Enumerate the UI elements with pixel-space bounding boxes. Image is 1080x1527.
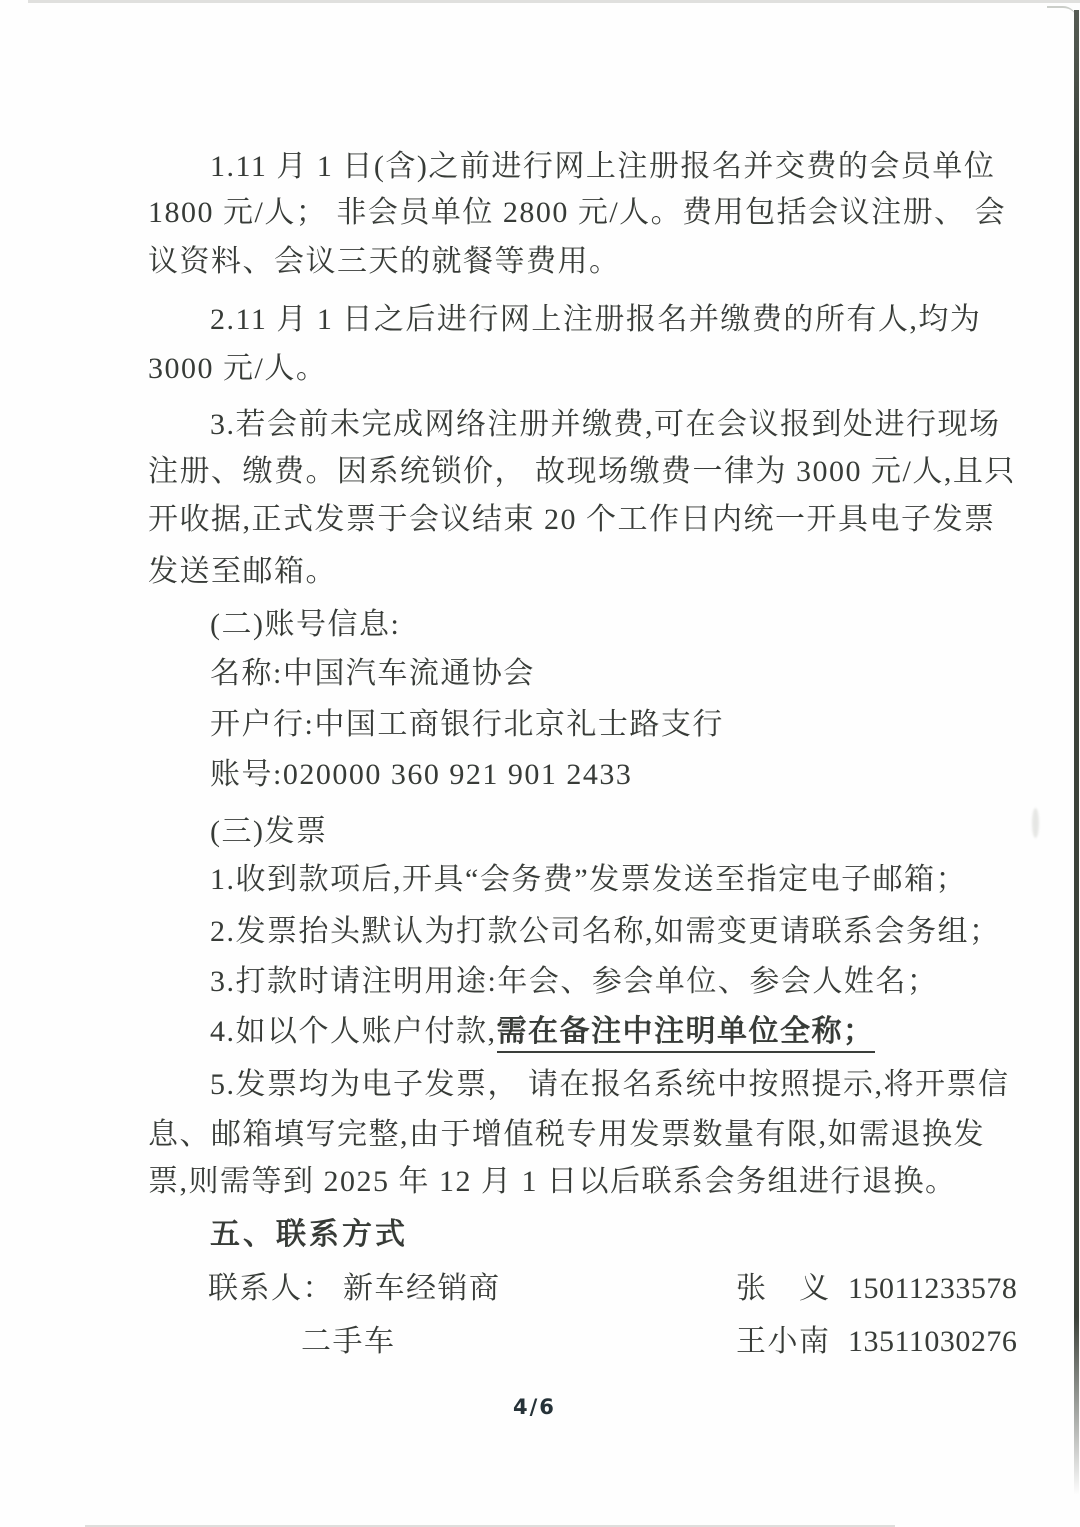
fee-item3-line3: 开收据,正式发票于会议结束 20 个工作日内统一开具电子发票 xyxy=(148,503,996,537)
invoice-item4: 4.如以个人账户付款,需在备注中注明单位全称； xyxy=(210,1015,875,1049)
invoice-item5-line3: 票,则需等到 2025 年 12 月 1 日以后联系会务组进行退换。 xyxy=(148,1165,957,1199)
invoice-item4-prefix: 4.如以个人账户付款, xyxy=(210,1015,497,1048)
page-number: 4/6 xyxy=(513,1395,556,1419)
contact-row1-label: 联系人： 新车经销商 xyxy=(208,1272,501,1306)
fee-item3-line4: 发送至邮箱。 xyxy=(148,555,337,589)
invoice-item1: 1.收到款项后,开具“会务费”发票发送至指定电子邮箱； xyxy=(210,863,967,897)
contact-row2-name: 王小南 xyxy=(736,1325,831,1359)
scan-smudge xyxy=(1032,808,1039,838)
invoice-item2: 2.发票抬头默认为打款公司名称,如需变更请联系会务组； xyxy=(210,915,1001,949)
fee-item1-line3: 议资料、会议三天的就餐等费用。 xyxy=(148,245,621,279)
scan-edge-corner xyxy=(1047,6,1077,22)
invoice-item5-line1: 5.发票均为电子发票， 请在报名系统中按照提示,将开票信 xyxy=(210,1068,1010,1102)
fee-item1-line1: 1.11 月 1 日(含)之前进行网上注册报名并交费的会员单位 xyxy=(210,150,995,184)
account-number: 账号:020000 360 921 901 2433 xyxy=(210,758,632,792)
fee-item3-line1: 3.若会前未完成网络注册并缴费,可在会议报到处进行现场 xyxy=(210,408,1001,442)
fee-item2-line2: 3000 元/人。 xyxy=(148,352,327,386)
document-page: 1.11 月 1 日(含)之前进行网上注册报名并交费的会员单位 1800 元/人… xyxy=(0,0,1080,1527)
fee-item3-line2: 注册、缴费。因系统锁价， 故现场缴费一律为 3000 元/人,且只 xyxy=(148,455,1016,489)
scan-edge-top xyxy=(28,0,1080,3)
account-heading: (二)账号信息: xyxy=(210,608,400,642)
account-bank: 开户行:中国工商银行北京礼士路支行 xyxy=(210,708,724,742)
contact-row2-phone: 13511030276 xyxy=(848,1325,1017,1359)
scan-edge-right xyxy=(1074,10,1079,1495)
invoice-item3: 3.打款时请注明用途:年会、参会单位、参会人姓名； xyxy=(210,965,938,999)
fee-item1-line2: 1800 元/人； 非会员单位 2800 元/人。费用包括会议注册、 会 xyxy=(148,196,1006,230)
contact-row1-phone: 15011233578 xyxy=(848,1272,1017,1306)
invoice-item5-line2: 息、邮箱填写完整,由于增值税专用发票数量有限,如需退换发 xyxy=(148,1118,985,1152)
contact-heading: 五、联系方式 xyxy=(210,1218,408,1252)
contact-row2-label: 二手车 xyxy=(301,1325,396,1359)
invoice-heading: (三)发票 xyxy=(210,815,327,849)
invoice-item4-underlined-note: 需在备注中注明单位全称； xyxy=(497,1015,875,1053)
account-name: 名称:中国汽车流通协会 xyxy=(210,657,535,691)
fee-item2-line1: 2.11 月 1 日之后进行网上注册报名并缴费的所有人,均为 xyxy=(210,303,981,337)
contact-row1-name: 张 义 xyxy=(736,1272,831,1306)
